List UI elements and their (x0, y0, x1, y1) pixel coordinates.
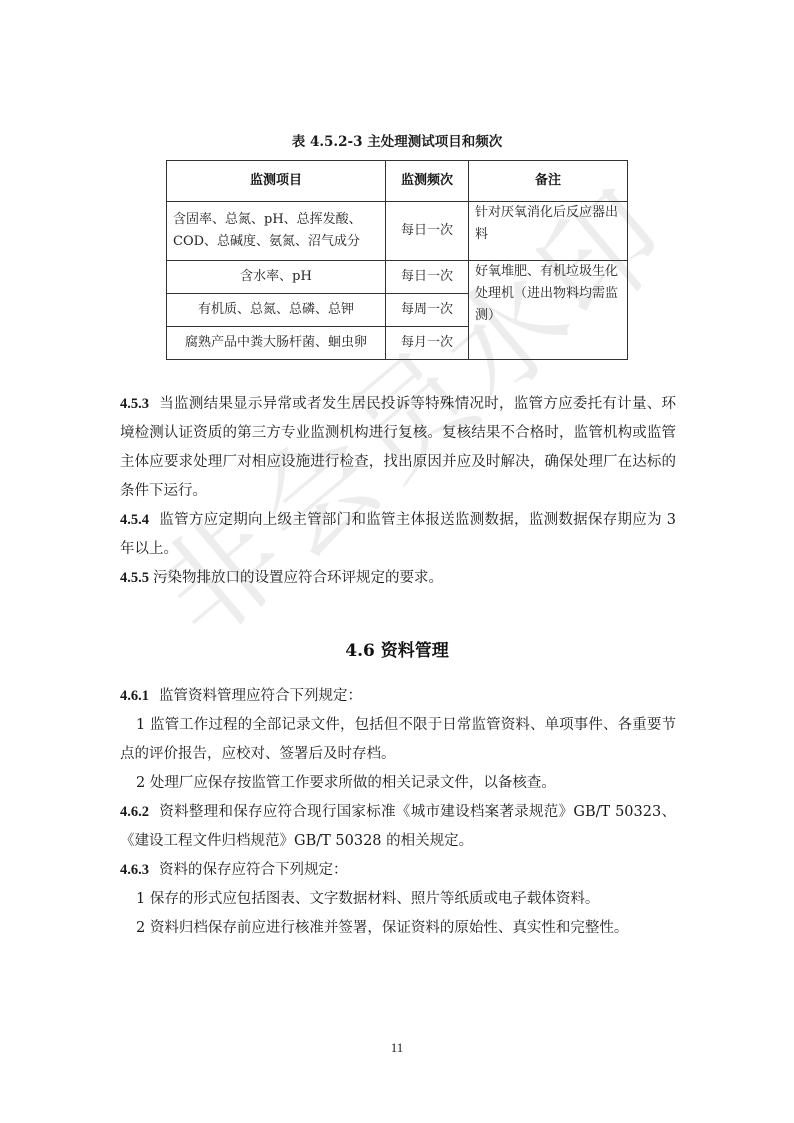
clause-text: 污染物排放口的设置应符合环评规定的要求。 (153, 570, 443, 586)
clause-number: 4.6.2 (120, 804, 149, 820)
page-number: 11 (0, 1040, 794, 1056)
clause-number: 4.6.1 (120, 688, 149, 704)
cell-frequency: 每月一次 (386, 327, 469, 360)
clause-4-5-3: 4.5.3当监测结果显示异常或者发生居民投诉等特殊情况时，监管方应委托有计量、环… (120, 390, 676, 506)
clause-number: 4.6.3 (120, 862, 149, 878)
cell-frequency: 每日一次 (386, 202, 469, 261)
cell-item: 有机质、总氮、总磷、总钾 (167, 294, 386, 327)
section-title: 4.6 资料管理 (0, 636, 794, 661)
table-row: 含水率、pH 每日一次 好氧堆肥、有机垃圾生化处理机（进出物料均需监测） (167, 261, 628, 294)
list-item: 1 保存的形式应包括图表、文字数据材料、照片等纸质或电子载体资料。 (120, 885, 676, 914)
clause-4-5-4: 4.5.4监管方应定期向上级主管部门和监管主体报送监测数据，监测数据保存期应为 … (120, 506, 676, 564)
header-frequency: 监测频次 (386, 161, 469, 202)
clause-4-5-5: 4.5.5污染物排放口的设置应符合环评规定的要求。 (120, 564, 676, 593)
clause-text: 资料的保存应符合下列规定： (159, 862, 348, 878)
list-item: 1 监管工作过程的全部记录文件，包括但不限于日常监管资料、单项事件、各重要节点的… (120, 711, 676, 769)
cell-item: 腐熟产品中粪大肠杆菌、蛔虫卵 (167, 327, 386, 360)
header-remark: 备注 (469, 161, 628, 202)
cell-frequency: 每周一次 (386, 294, 469, 327)
clause-text: 资料整理和保存应符合现行国家标准《城市建设档案著录规范》GB/T 50323、《… (120, 804, 676, 849)
clause-number: 4.5.5 (120, 570, 149, 586)
clause-text: 监管方应定期向上级主管部门和监管主体报送监测数据，监测数据保存期应为 3 年以上… (120, 512, 676, 557)
clause-number: 4.5.3 (120, 396, 149, 412)
clause-text: 监管资料管理应符合下列规定： (159, 688, 362, 704)
clause-text: 当监测结果显示异常或者发生居民投诉等特殊情况时，监管方应委托有计量、环境检测认证… (120, 396, 676, 499)
table-row: 含固率、总氮、pH、总挥发酸、COD、总碱度、氨氮、沼气成分 每日一次 针对厌氧… (167, 202, 628, 261)
list-item: 2 处理厂应保存按监管工作要求所做的相关记录文件，以备核查。 (120, 769, 676, 798)
table-header-row: 监测项目 监测频次 备注 (167, 161, 628, 202)
list-item: 2 资料归档保存前应进行核准并签署，保证资料的原始性、真实性和完整性。 (120, 914, 676, 943)
cell-remark: 好氧堆肥、有机垃圾生化处理机（进出物料均需监测） (469, 261, 628, 360)
clause-4-6-2: 4.6.2资料整理和保存应符合现行国家标准《城市建设档案著录规范》GB/T 50… (120, 798, 676, 856)
monitoring-table: 监测项目 监测频次 备注 含固率、总氮、pH、总挥发酸、COD、总碱度、氨氮、沼… (166, 160, 628, 360)
document-page: 非会员水印 表 4.5.2-3 主处理测试项目和频次 监测项目 监测频次 备注 … (0, 0, 794, 1123)
header-item: 监测项目 (167, 161, 386, 202)
clause-number: 4.5.4 (120, 512, 149, 528)
clause-4-6-3: 4.6.3资料的保存应符合下列规定： 1 保存的形式应包括图表、文字数据材料、照… (120, 856, 676, 943)
cell-remark: 针对厌氧消化后反应器出料 (469, 202, 628, 261)
cell-item: 含水率、pH (167, 261, 386, 294)
cell-frequency: 每日一次 (386, 261, 469, 294)
clause-4-6-1: 4.6.1监管资料管理应符合下列规定： 1 监管工作过程的全部记录文件，包括但不… (120, 682, 676, 798)
table-caption: 表 4.5.2-3 主处理测试项目和频次 (0, 130, 794, 150)
cell-item: 含固率、总氮、pH、总挥发酸、COD、总碱度、氨氮、沼气成分 (167, 202, 386, 261)
